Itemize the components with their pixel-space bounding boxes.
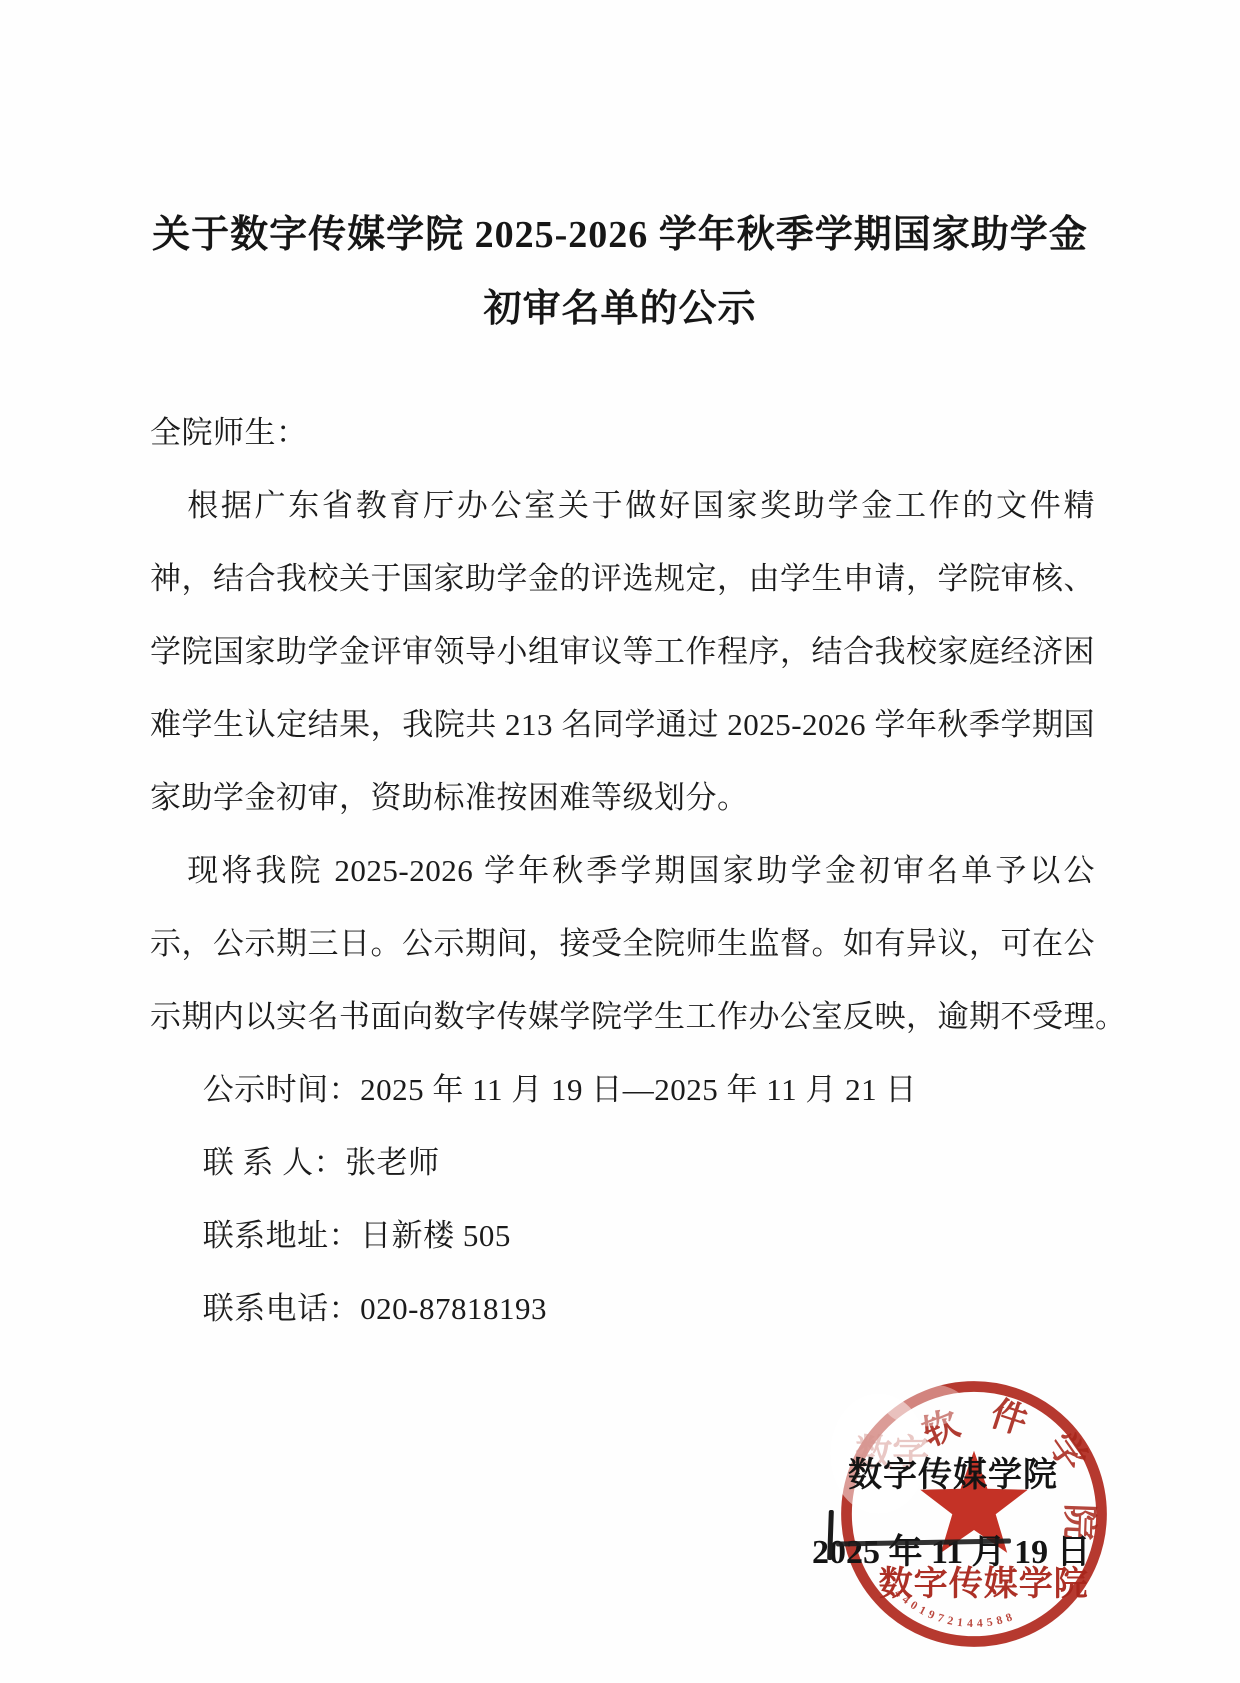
title-line-1: 关于数字传媒学院 2025-2026 学年秋季学期国家助学金 [75,198,1165,272]
document-line: 神，结合我校关于国家助学金的评选规定，由学生申请，学院审核、 [150,542,1095,615]
document-body: 全院师生：根据广东省教育厅办公室关于做好国家奖助学金工作的文件精神，结合我校关于… [150,396,1095,1345]
document-line: 现将我院 2025-2026 学年秋季学期国家助学金初审名单予以公 [150,834,1095,907]
document-line: 根据广东省教育厅办公室关于做好国家奖助学金工作的文件精 [150,469,1095,542]
title-line-2: 初审名单的公示 [75,272,1165,346]
document-line: 公示时间：2025 年 11 月 19 日—2025 年 11 月 21 日 [150,1053,1095,1126]
document-page: 关于数字传媒学院 2025-2026 学年秋季学期国家助学金 初审名单的公示 全… [0,0,1240,1683]
document-line: 联 系 人：张老师 [150,1126,1095,1199]
document-line: 联系电话：020-87818193 [150,1272,1095,1345]
official-seal: 软 件 学 院 数字 数字传媒学院 4401972144588 [828,1368,1120,1660]
document-line: 全院师生： [150,396,1095,469]
document-line: 难学生认定结果，我院共 213 名同学通过 2025-2026 学年秋季学期国 [150,688,1095,761]
seal-fade-patch [884,1384,966,1427]
document-title: 关于数字传媒学院 2025-2026 学年秋季学期国家助学金 初审名单的公示 [75,198,1165,346]
signature-college: 数字传媒学院 [848,1447,1058,1496]
document-line: 学院国家助学金评审领导小组审议等工作程序，结合我校家庭经济困 [150,615,1095,688]
document-line: 示，公示期三日。公示期间，接受全院师生监督。如有异议，可在公 [150,907,1095,980]
document-line: 联系地址：日新楼 505 [150,1199,1095,1272]
document-line: 家助学金初审，资助标准按困难等级划分。 [150,761,1095,834]
document-line: 示期内以实名书面向数字传媒学院学生工作办公室反映，逾期不受理。 [150,980,1095,1053]
signature-date: 2025 年 11 月 19 日 [812,1524,1091,1573]
